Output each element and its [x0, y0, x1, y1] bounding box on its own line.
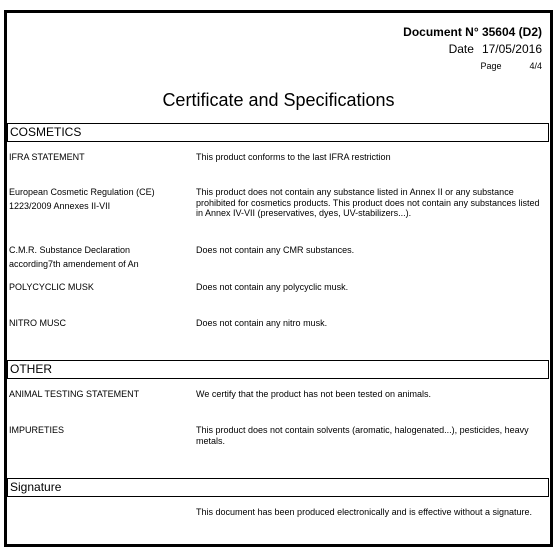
- row-label-polycyclic-musk: POLYCYCLIC MUSK: [9, 280, 189, 294]
- row-value-eu-regulation: This product does not contain any substa…: [196, 187, 541, 219]
- section-header-other: OTHER: [7, 360, 549, 379]
- row-label-nitro-musc: NITRO MUSC: [9, 316, 189, 330]
- row-label-impureties: IMPURETIES: [9, 423, 189, 437]
- row-value-animal-testing: We certify that the product has not been…: [196, 389, 541, 400]
- document-page: Document N° 35604 (D2) Date17/05/2016 Pa…: [4, 10, 553, 547]
- section-header-cosmetics: COSMETICS: [7, 123, 549, 142]
- page-value: 4/4: [529, 61, 542, 71]
- document-number: Document N° 35604 (D2): [403, 25, 542, 39]
- page-title: Certificate and Specifications: [7, 90, 550, 111]
- date-label: Date: [449, 42, 474, 56]
- row-value-nitro-musc: Does not contain any nitro musk.: [196, 318, 541, 329]
- row-label-ifra: IFRA STATEMENT: [9, 150, 189, 164]
- row-value-impureties: This product does not contain solvents (…: [196, 425, 541, 446]
- row-label-animal-testing: ANIMAL TESTING STATEMENT: [9, 387, 189, 401]
- row-label-cmr: C.M.R. Substance Declaration according7t…: [9, 243, 159, 271]
- section-header-signature: Signature: [7, 478, 549, 497]
- row-value-polycyclic-musk: Does not contain any polycyclic musk.: [196, 282, 541, 293]
- date-value: 17/05/2016: [482, 42, 542, 56]
- row-label-eu-regulation: European Cosmetic Regulation (CE) 1223/2…: [9, 185, 179, 213]
- row-value-ifra: This product conforms to the last IFRA r…: [196, 152, 541, 163]
- page-indicator: Page4/4: [480, 61, 542, 71]
- page-label: Page: [480, 61, 501, 71]
- document-date: Date17/05/2016: [449, 42, 542, 56]
- row-value-cmr: Does not contain any CMR substances.: [196, 245, 541, 256]
- row-value-signature: This document has been produced electron…: [196, 507, 541, 518]
